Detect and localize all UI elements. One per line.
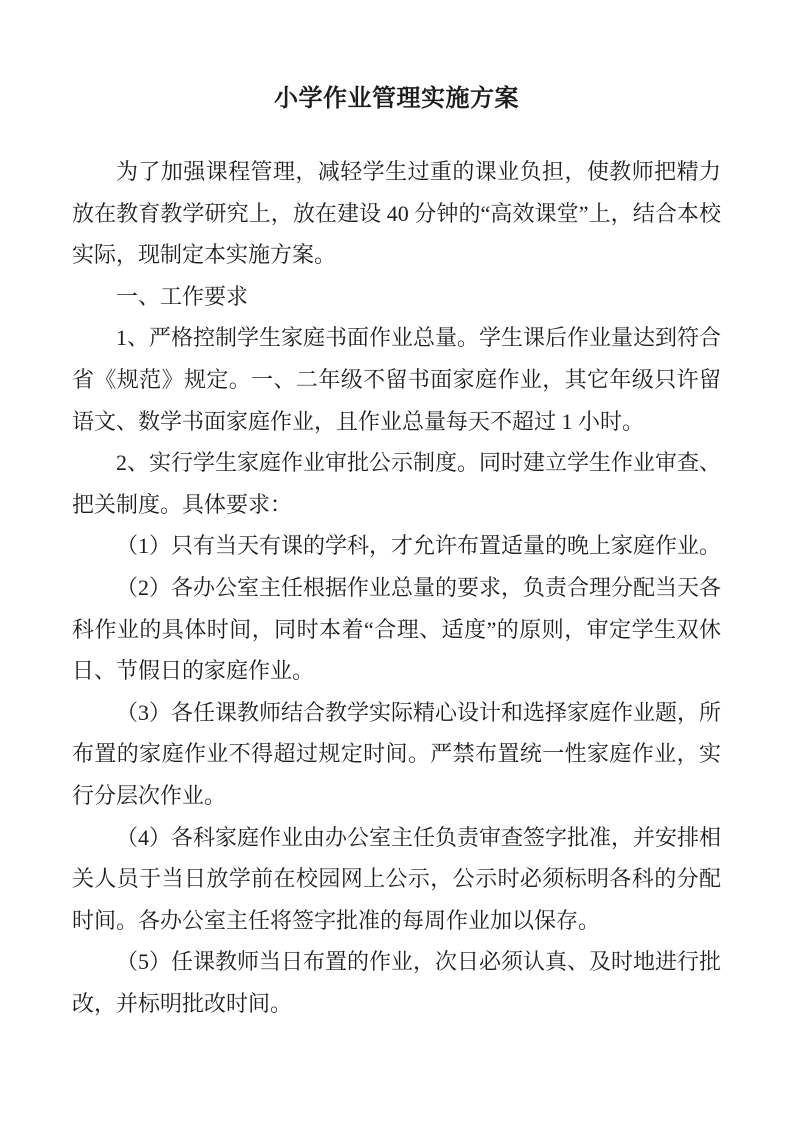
paragraph-subitem-4: （4）各科家庭作业由办公室主任负责审查签字批准，并安排相关人员于当日放学前在校园… — [72, 817, 721, 942]
section-heading-work-requirements: 一、工作要求 — [72, 276, 721, 318]
paragraph-rule-1: 1、严格控制学生家庭书面作业总量。学生课后作业量达到符合省《规范》规定。一、二年… — [72, 317, 721, 442]
paragraph-subitem-5: （5）任课教师当日布置的作业，次日必须认真、及时地进行批改，并标明批改时间。 — [72, 941, 721, 1024]
paragraph-rule-2: 2、实行学生家庭作业审批公示制度。同时建立学生作业审查、把关制度。具体要求： — [72, 442, 721, 525]
paragraph-intro: 为了加强课程管理，减轻学生过重的课业负担，使教师把精力放在教育教学研究上，放在建… — [72, 151, 721, 276]
document-title: 小学作业管理实施方案 — [72, 78, 721, 120]
paragraph-subitem-2: （2）各办公室主任根据作业总量的要求，负责合理分配当天各科作业的具体时间，同时本… — [72, 567, 721, 692]
paragraph-subitem-1: （1）只有当天有课的学科，才允许布置适量的晚上家庭作业。 — [72, 525, 721, 567]
document-body: 为了加强课程管理，减轻学生过重的课业负担，使教师把精力放在教育教学研究上，放在建… — [72, 151, 721, 1024]
document-page: 小学作业管理实施方案 为了加强课程管理，减轻学生过重的课业负担，使教师把精力放在… — [0, 0, 793, 1122]
paragraph-subitem-3: （3）各任课教师结合教学实际精心设计和选择家庭作业题，所布置的家庭作业不得超过规… — [72, 692, 721, 817]
